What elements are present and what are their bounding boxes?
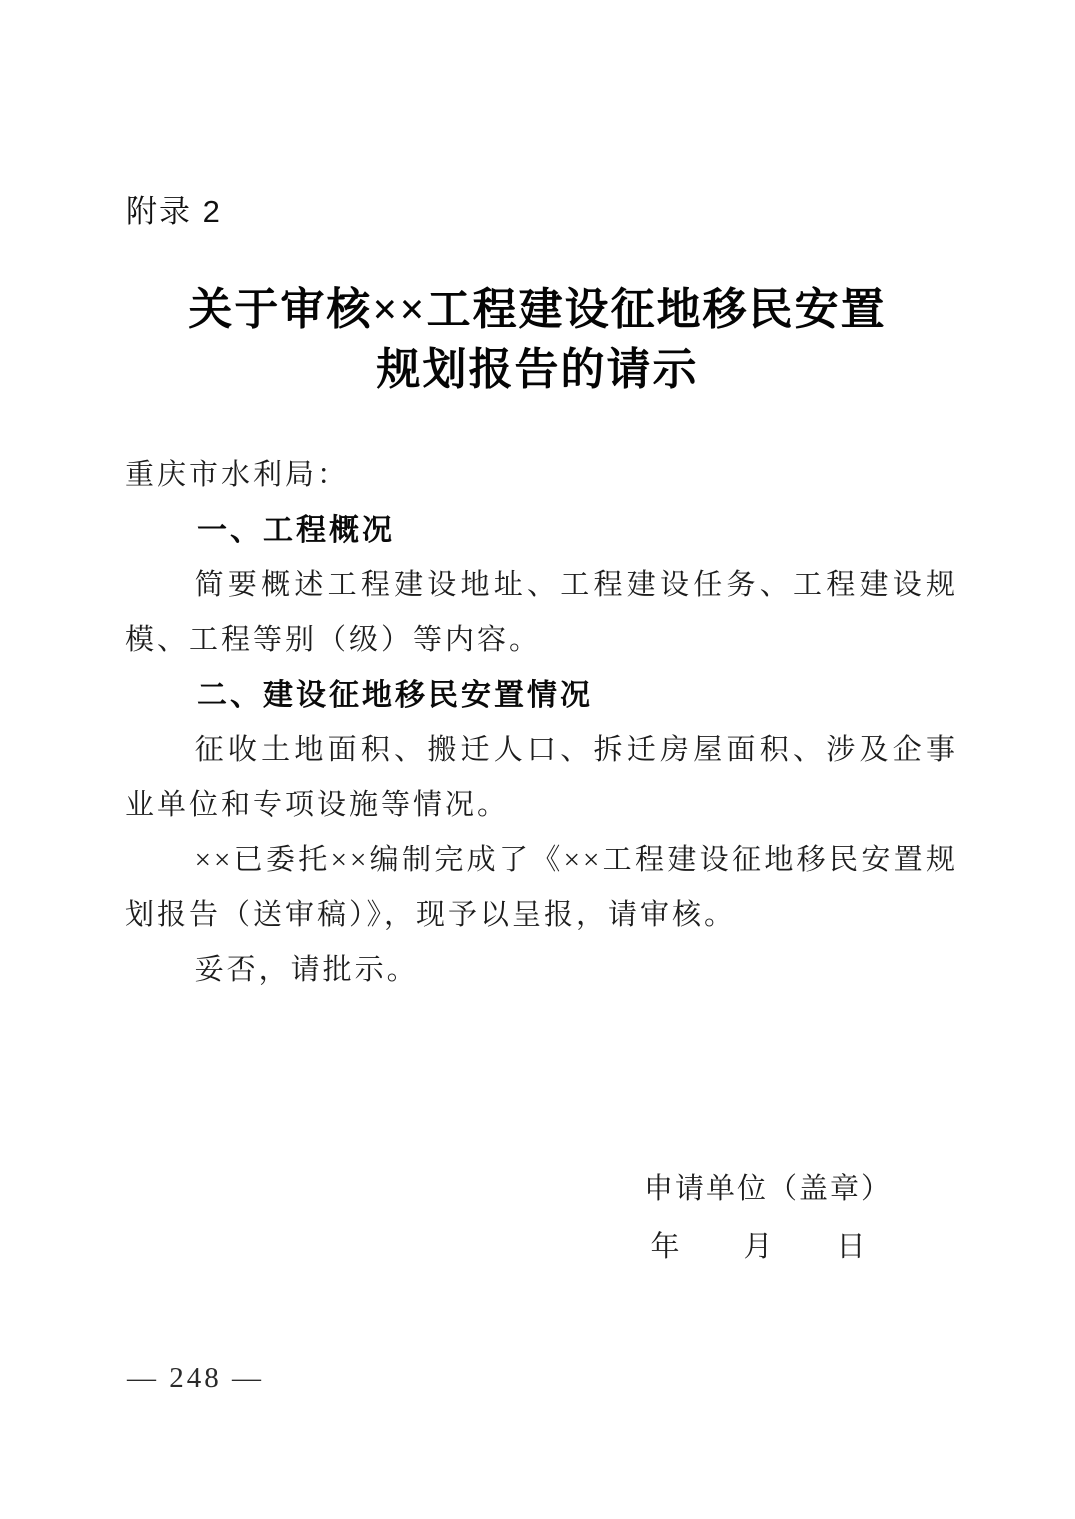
salutation: 重庆市水利局： xyxy=(125,448,958,503)
section-2-paragraph-2: ××已委托××编制完成了《××工程建设征地移民安置规划报告（送审稿）》，现予以呈… xyxy=(125,833,958,943)
section-heading-1: 一、工程概况 xyxy=(125,503,958,558)
page-number: — 248 — xyxy=(127,1362,264,1395)
document-body: 重庆市水利局： 一、工程概况 简要概述工程建设地址、工程建设任务、工程建设规模、… xyxy=(125,448,958,998)
document-title: 关于审核××工程建设征地移民安置 规划报告的请示 xyxy=(0,280,1075,400)
signature-unit-line: 申请单位（盖章） xyxy=(644,1160,874,1218)
section-heading-2: 二、建设征地移民安置情况 xyxy=(125,668,958,723)
document-title-line-2: 规划报告的请示 xyxy=(0,340,1075,400)
document-page: 附录 2 关于审核××工程建设征地移民安置 规划报告的请示 重庆市水利局： 一、… xyxy=(0,0,1075,1519)
section-2-paragraph-1: 征收土地面积、搬迁人口、拆迁房屋面积、涉及企事业单位和专项设施等情况。 xyxy=(125,723,958,833)
section-1-paragraph-1: 简要概述工程建设地址、工程建设任务、工程建设规模、工程等别（级）等内容。 xyxy=(125,558,958,668)
signature-block: 申请单位（盖章） 年 月 日 xyxy=(644,1160,874,1276)
document-title-line-1: 关于审核××工程建设征地移民安置 xyxy=(0,280,1075,340)
signature-date-line: 年 月 日 xyxy=(644,1218,874,1276)
appendix-label: 附录 2 xyxy=(126,186,222,231)
section-2-paragraph-3: 妥否，请批示。 xyxy=(125,943,958,998)
